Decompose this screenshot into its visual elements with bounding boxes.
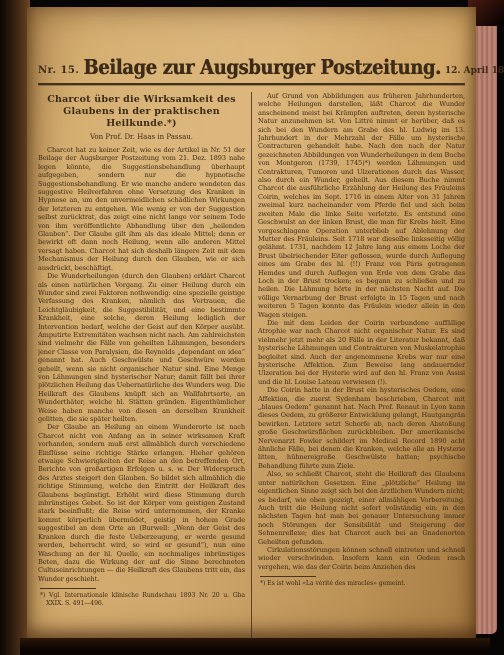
book-binding-left (0, 0, 30, 655)
paragraph: Der Glaube an Heilung an einem Wunderort… (38, 423, 245, 583)
issue-date: 12. April 1894. (445, 66, 504, 76)
page-stack-edge (474, 22, 497, 634)
left-column-body: Charcot hat zu keiner Zeit, wie es der A… (38, 146, 245, 583)
right-footnote: *) Es ist wohl «La vérité des miracles» … (258, 580, 465, 588)
article-byline: Von Prof. Dr. Haas in Passau. (38, 133, 245, 141)
left-column: Charcot über die Wirksamkeit des Glauben… (38, 92, 251, 638)
article-title: Charcot über die Wirksamkeit des Glauben… (44, 94, 239, 130)
paragraph: Charcot hat zu keiner Zeit, wie es der A… (38, 146, 245, 272)
masthead-title: Beilage zur Augsburger Postzeitung. (79, 55, 444, 79)
left-footnote-rule (40, 588, 96, 589)
header-rule (38, 83, 465, 85)
page-header: Nr. 15. Beilage zur Augsburger Postzeitu… (38, 57, 465, 78)
left-footnote: *) Vgl. Internationale klinische Rundsch… (38, 592, 245, 608)
right-column-body: Auf Grund von Abbildungen aus früheren J… (258, 92, 465, 571)
book-photo: Nr. 15. Beilage zur Augsburger Postzeitu… (0, 0, 504, 655)
right-column: Auf Grund von Abbildungen aus früheren J… (251, 92, 465, 638)
paragraph: Die Wunderheilungen (durch den Glauben) … (38, 272, 245, 423)
right-footnote-rule (260, 576, 316, 577)
paragraph: Die mit dem Leiden der Coirin verbundene… (258, 319, 465, 386)
paragraph: Also, so schließt Charcot, steht die Hei… (258, 470, 465, 546)
text-columns: Charcot über die Wirksamkeit des Glauben… (38, 92, 465, 638)
newspaper-page: Nr. 15. Beilage zur Augsburger Postzeitu… (27, 7, 476, 638)
paragraph: Die Coirin hatte in der Brust ein hyster… (258, 386, 465, 470)
paragraph: Cirkulationsstörungen können schnell ein… (258, 546, 465, 571)
bottom-shadow (20, 638, 490, 655)
paragraph: Auf Grund von Abbildungen aus früheren J… (258, 92, 465, 319)
issue-number: Nr. 15. (38, 65, 79, 76)
